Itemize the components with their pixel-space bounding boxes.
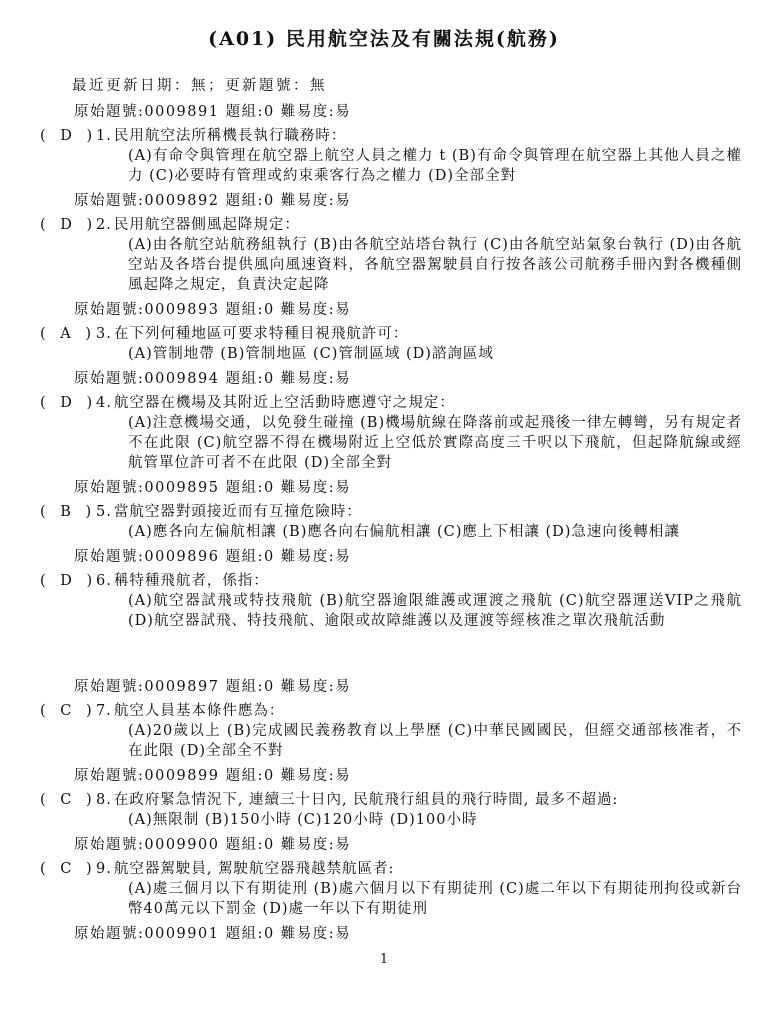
question-body: 4.航空器在機場及其附近上空活動時應遵守之規定： (A)注意機場交通，以免發生碰… <box>96 393 742 473</box>
question-block-4: 原始題號:0009894 題組:0 難易度:易 ( D ) 4.航空器在機場及其… <box>0 369 768 473</box>
question-meta: 原始題號:0009900 題組:0 難易度:易 <box>74 835 768 855</box>
question-body: 2.民用航空器側風起降規定： (A)由各航空站航務組執行 (B)由各航空站塔台執… <box>96 215 742 295</box>
question-number: 4. <box>96 395 112 411</box>
question-block-9: 原始題號:0009900 題組:0 難易度:易 ( C ) 9.航空器駕駛員, … <box>0 835 768 919</box>
question-stem: 民用航空法所稱機長執行職務時： <box>114 128 347 144</box>
answer-cell: ( B ) <box>40 502 96 522</box>
question-stem-line: 6.稱特種飛航者，係指： <box>96 571 742 591</box>
question-meta: 原始題號:0009896 題組:0 難易度:易 <box>74 547 768 567</box>
answer-cell: ( C ) <box>40 790 97 810</box>
question-body: 1.民用航空法所稱機長執行職務時： (A)有命令與管理在航空器上航空人員之權力 … <box>96 126 742 186</box>
question-number: 1. <box>96 128 112 144</box>
question-stem: 民用航空器側風起降規定： <box>114 217 300 233</box>
question-stem-line: 5.當航空器對頭接近而有互撞危險時： <box>96 502 742 522</box>
answer-cell: ( C ) <box>40 701 97 721</box>
page-number: 1 <box>0 952 768 967</box>
answer-cell: ( A ) <box>40 324 96 344</box>
question-block-1: 原始題號:0009891 題組:0 難易度:易 ( D ) 1.民用航空法所稱機… <box>0 102 768 186</box>
page-title: (A01) 民用航空法及有關法規(航務) <box>0 0 768 52</box>
question-stem: 當航空器對頭接近而有互撞危險時： <box>114 504 362 520</box>
question: ( D ) 4.航空器在機場及其附近上空活動時應遵守之規定： (A)注意機場交通… <box>0 393 768 473</box>
document-page: (A01) 民用航空法及有關法規(航務) 最近更新日期：無；更新題號：無 原始題… <box>0 0 768 1024</box>
question-stem-line: 1.民用航空法所稱機長執行職務時： <box>96 126 742 146</box>
question-options: (A)有命令與管理在航空器上航空人員之權力 t (B)有命令與管理在航空器上其他… <box>128 146 742 186</box>
question-number: 3. <box>96 326 112 342</box>
answer-cell: ( D ) <box>40 215 97 235</box>
question-body: 9.航空器駕駛員, 駕駛航空器飛越禁航區者: (A)處三個月以下有期徒刑 (B)… <box>96 859 742 919</box>
question: ( C ) 9.航空器駕駛員, 駕駛航空器飛越禁航區者: (A)處三個月以下有期… <box>0 859 768 919</box>
question-body: 5.當航空器對頭接近而有互撞危險時： (A)應各向左偏航相讓 (B)應各向右偏航… <box>96 502 742 542</box>
question: ( C ) 8.在政府緊急情況下, 連續三十日內, 民航飛行組員的飛行時間, 最… <box>0 790 768 830</box>
question-block-8: 原始題號:0009899 題組:0 難易度:易 ( C ) 8.在政府緊急情況下… <box>0 766 768 830</box>
question-stem: 在政府緊急情況下, 連續三十日內, 民航飛行組員的飛行時間, 最多不超過: <box>114 792 619 808</box>
question-block-2: 原始題號:0009892 題組:0 難易度:易 ( D ) 2.民用航空器側風起… <box>0 191 768 295</box>
question: ( D ) 2.民用航空器側風起降規定： (A)由各航空站航務組執行 (B)由各… <box>0 215 768 295</box>
question-block-3: 原始題號:0009893 題組:0 難易度:易 ( A ) 3.在下列何種地區可… <box>0 300 768 364</box>
question-stem: 航空器在機場及其附近上空活動時應遵守之規定： <box>114 395 455 411</box>
question-number: 6. <box>96 573 112 589</box>
question-stem: 稱特種飛航者，係指： <box>114 573 269 589</box>
question-body: 3.在下列何種地區可要求特種目視飛航許可： (A)管制地帶 (B)管制地區 (C… <box>96 324 742 364</box>
question-number: 5. <box>96 504 112 520</box>
question-options: (A)20歲以上 (B)完成國民義務教育以上學歷 (C)中華民國國民，但經交通部… <box>128 721 742 761</box>
answer-cell: ( D ) <box>40 126 97 146</box>
question-stem-line: 7.航空人員基本條件應為： <box>96 701 742 721</box>
question: ( C ) 7.航空人員基本條件應為： (A)20歲以上 (B)完成國民義務教育… <box>0 701 768 761</box>
question-options: (A)處三個月以下有期徒刑 (B)處六個月以下有期徒刑 (C)處二年以下有期徒刑… <box>128 879 742 919</box>
question-stem-line: 8.在政府緊急情況下, 連續三十日內, 民航飛行組員的飛行時間, 最多不超過: <box>96 790 742 810</box>
question-options: (A)無限制 (B)150小時 (C)120小時 (D)100小時 <box>128 810 742 830</box>
question-meta: 原始題號:0009899 題組:0 難易度:易 <box>74 766 768 786</box>
question-options: (A)航空器試飛或特技飛航 (B)航空器逾限維護或運渡之飛航 (C)航空器運送V… <box>128 591 742 631</box>
question-block-5: 原始題號:0009895 題組:0 難易度:易 ( B ) 5.當航空器對頭接近… <box>0 478 768 542</box>
question-options: (A)管制地帶 (B)管制地區 (C)管制區域 (D)諮詢區域 <box>128 344 742 364</box>
answer-cell: ( C ) <box>40 859 97 879</box>
question-options: (A)由各航空站航務組執行 (B)由各航空站塔台執行 (C)由各航空站氣象台執行… <box>128 235 742 295</box>
question-meta: 原始題號:0009894 題組:0 難易度:易 <box>74 369 768 389</box>
question-body: 6.稱特種飛航者，係指： (A)航空器試飛或特技飛航 (B)航空器逾限維護或運渡… <box>96 571 742 631</box>
question-stem: 航空器駕駛員, 駕駛航空器飛越禁航區者: <box>114 861 395 877</box>
question-number: 2. <box>96 217 112 233</box>
question-meta: 原始題號:0009895 題組:0 難易度:易 <box>74 478 768 498</box>
update-info-line: 最近更新日期：無；更新題號：無 <box>72 76 768 97</box>
question-stem: 在下列何種地區可要求特種目視飛航許可： <box>114 326 409 342</box>
answer-cell: ( D ) <box>40 571 97 591</box>
question-number: 8. <box>96 792 112 808</box>
question-block-6: 原始題號:0009896 題組:0 難易度:易 ( D ) 6.稱特種飛航者，係… <box>0 547 768 631</box>
question: ( A ) 3.在下列何種地區可要求特種目視飛航許可： (A)管制地帶 (B)管… <box>0 324 768 364</box>
question-stem: 航空人員基本條件應為： <box>114 703 285 719</box>
question-meta: 原始題號:0009891 題組:0 難易度:易 <box>74 102 768 122</box>
question-stem-line: 3.在下列何種地區可要求特種目視飛航許可： <box>96 324 742 344</box>
answer-cell: ( D ) <box>40 393 97 413</box>
question-meta: 原始題號:0009893 題組:0 難易度:易 <box>74 300 768 320</box>
trailing-question-meta: 原始題號:0009901 題組:0 難易度:易 <box>74 924 768 944</box>
question-stem-line: 9.航空器駕駛員, 駕駛航空器飛越禁航區者: <box>96 859 742 879</box>
question-block-7: 原始題號:0009897 題組:0 難易度:易 ( C ) 7.航空人員基本條件… <box>0 677 768 761</box>
question: ( D ) 1.民用航空法所稱機長執行職務時： (A)有命令與管理在航空器上航空… <box>0 126 768 186</box>
question-options: (A)應各向左偏航相讓 (B)應各向右偏航相讓 (C)應上下相讓 (D)急速向後… <box>128 522 742 542</box>
question-stem-line: 4.航空器在機場及其附近上空活動時應遵守之規定： <box>96 393 742 413</box>
question-options: (A)注意機場交通，以免發生碰撞 (B)機場航線在降落前或起飛後一律左轉彎，另有… <box>128 413 742 473</box>
question-number: 7. <box>96 703 112 719</box>
question-meta: 原始題號:0009892 題組:0 難易度:易 <box>74 191 768 211</box>
question-number: 9. <box>96 861 112 877</box>
question: ( D ) 6.稱特種飛航者，係指： (A)航空器試飛或特技飛航 (B)航空器逾… <box>0 571 768 631</box>
question-stem-line: 2.民用航空器側風起降規定： <box>96 215 742 235</box>
question: ( B ) 5.當航空器對頭接近而有互撞危險時： (A)應各向左偏航相讓 (B)… <box>0 502 768 542</box>
question-meta: 原始題號:0009897 題組:0 難易度:易 <box>74 677 768 697</box>
question-body: 8.在政府緊急情況下, 連續三十日內, 民航飛行組員的飛行時間, 最多不超過: … <box>96 790 742 830</box>
question-body: 7.航空人員基本條件應為： (A)20歲以上 (B)完成國民義務教育以上學歷 (… <box>96 701 742 761</box>
